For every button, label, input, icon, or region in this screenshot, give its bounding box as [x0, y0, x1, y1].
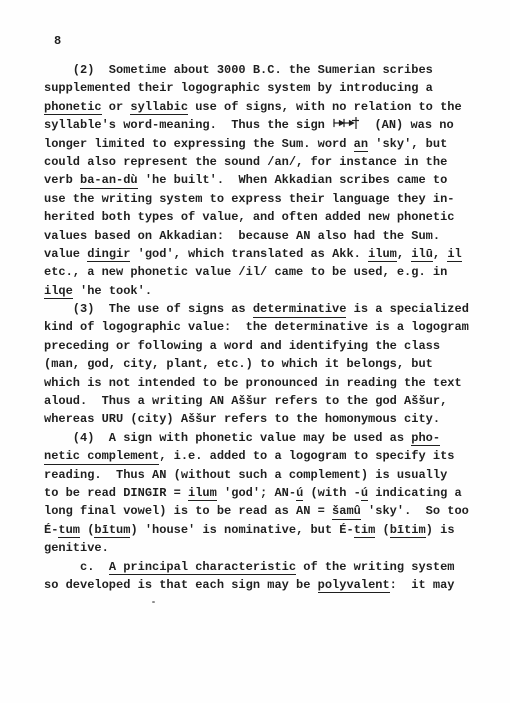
text-line: preceding or following a word and identi…	[44, 337, 484, 355]
text-segment: 'sky'. So too	[361, 504, 469, 518]
text-segment: (AN) was no	[360, 118, 454, 132]
text-line: phonetic or syllabic use of signs, with …	[44, 98, 484, 116]
underlined-term: ba-an-dù	[80, 173, 138, 189]
text-segment: to be read DINGIR =	[44, 486, 188, 500]
text-line: supplemented their logographic system by…	[44, 79, 484, 97]
text-segment: so developed is that each sign may be	[44, 578, 318, 592]
text-line: etc., a new phonetic value /il/ came to …	[44, 263, 484, 281]
text-segment: (man, god, city, plant, etc.) to which i…	[44, 357, 433, 371]
text-segment: preceding or following a word and identi…	[44, 339, 440, 353]
text-segment: supplemented their logographic system by…	[44, 81, 433, 95]
underlined-term: A principal characteristic	[109, 560, 296, 576]
text-line: (3) The use of signs as determinative is…	[44, 300, 484, 318]
text-line: (2) Sometime about 3000 B.C. the Sumeria…	[44, 61, 484, 79]
text-line: so developed is that each sign may be po…	[44, 576, 484, 594]
underlined-term: an	[354, 137, 368, 153]
text-segment: (with -	[303, 486, 361, 500]
text-segment: (	[375, 523, 389, 537]
text-segment: indicating a	[368, 486, 462, 500]
text-line: could also represent the sound /an/, for…	[44, 153, 484, 171]
text-segment: (3) The use of signs as	[44, 302, 253, 316]
text-segment: reading. Thus AN (without such a complem…	[44, 468, 447, 482]
text-segment: (2) Sometime about 3000 B.C. the Sumeria…	[44, 63, 433, 77]
text-line: longer limited to expressing the Sum. wo…	[44, 135, 484, 153]
text-line: genitive.	[44, 539, 484, 557]
text-line: long final vowel) is to be read as AN = …	[44, 502, 484, 520]
text-line: which is not intended to be pronounced i…	[44, 374, 484, 392]
text-segment: : it may	[390, 578, 455, 592]
underlined-term: polyvalent	[318, 578, 390, 594]
text-segment: of the writing system	[296, 560, 454, 574]
text-segment: or	[102, 100, 131, 114]
text-line: É-tum (bītum) 'house' is nominative, but…	[44, 521, 484, 539]
underlined-term: tum	[58, 523, 80, 539]
text-segment: etc., a new phonetic value /il/ came to …	[44, 265, 447, 279]
text-line: syllable's word-meaning. Thus the sign (…	[44, 116, 484, 134]
text-line: values based on Akkadian: because AN als…	[44, 227, 484, 245]
text-line: kind of logographic value: the determina…	[44, 318, 484, 336]
text-line: to be read DINGIR = ilum 'god'; AN-ú (wi…	[44, 484, 484, 502]
text-segment: genitive.	[44, 541, 109, 555]
underlined-term: syllabic	[130, 100, 188, 116]
text-segment: 'god'; AN-	[217, 486, 296, 500]
text-segment: ) is	[426, 523, 455, 537]
text-line: ilqe 'he took'.	[44, 282, 484, 300]
text-segment: values based on Akkadian: because AN als…	[44, 229, 440, 243]
text-line: reading. Thus AN (without such a complem…	[44, 466, 484, 484]
underlined-term: determinative	[253, 302, 347, 318]
text-segment: kind of logographic value: the determina…	[44, 320, 469, 334]
cuneiform-an-sign	[333, 116, 359, 128]
text-segment: which is not intended to be pronounced i…	[44, 376, 462, 390]
text-segment: ,	[433, 247, 447, 261]
underlined-term: ú	[361, 486, 368, 502]
ink-speck-artifact	[152, 601, 155, 603]
text-segment: is a specialized	[346, 302, 468, 316]
text-line: (4) A sign with phonetic value may be us…	[44, 429, 484, 447]
underlined-term: ilqe	[44, 284, 73, 300]
text-segment: verb	[44, 173, 80, 187]
text-segment: (	[80, 523, 94, 537]
text-segment: , i.e. added to a logogram to specify it…	[159, 449, 454, 463]
underlined-term: ilum	[188, 486, 217, 502]
underlined-term: netic complement	[44, 449, 159, 465]
underlined-term: il	[447, 247, 461, 263]
underlined-term: dingir	[87, 247, 130, 263]
underlined-term: bītim	[390, 523, 426, 539]
text-segment: whereas URU (city) Aššur refers to the h…	[44, 412, 440, 426]
text-line: value dingir 'god', which translated as …	[44, 245, 484, 263]
underlined-term: tim	[354, 523, 376, 539]
text-segment: value	[44, 247, 87, 261]
underlined-term: šamû	[332, 504, 361, 520]
text-segment: 'he took'.	[73, 284, 152, 298]
text-segment: use of signs, with no relation to the	[188, 100, 462, 114]
document-text: (2) Sometime about 3000 B.C. the Sumeria…	[44, 61, 484, 594]
underlined-term: ilū	[411, 247, 433, 263]
text-line: verb ba-an-dù 'he built'. When Akkadian …	[44, 171, 484, 189]
page-number: 8	[54, 34, 61, 48]
typewritten-page: 8 (2) Sometime about 3000 B.C. the Sumer…	[0, 0, 510, 703]
underlined-term: ilum	[368, 247, 397, 263]
text-segment: c.	[44, 560, 109, 574]
text-line: (man, god, city, plant, etc.) to which i…	[44, 355, 484, 373]
text-line: whereas URU (city) Aššur refers to the h…	[44, 410, 484, 428]
text-segment: (4) A sign with phonetic value may be us…	[44, 431, 411, 445]
text-segment: 'he built'. When Akkadian scribes came t…	[138, 173, 448, 187]
text-segment: longer limited to expressing the Sum. wo…	[44, 137, 354, 151]
text-segment: syllable's word-meaning. Thus the sign	[44, 118, 332, 132]
underlined-term: pho-	[411, 431, 440, 447]
text-segment: use the writing system to express their …	[44, 192, 454, 206]
text-segment: could also represent the sound /an/, for…	[44, 155, 447, 169]
text-line: aloud. Thus a writing AN Aššur refers to…	[44, 392, 484, 410]
text-line: c. A principal characteristic of the wri…	[44, 558, 484, 576]
text-segment: aloud. Thus a writing AN Aššur refers to…	[44, 394, 447, 408]
text-line: herited both types of value, and often a…	[44, 208, 484, 226]
text-segment: herited both types of value, and often a…	[44, 210, 454, 224]
underlined-term: bītum	[94, 523, 130, 539]
text-line: use the writing system to express their …	[44, 190, 484, 208]
text-segment: ) 'house' is nominative, but É-	[130, 523, 353, 537]
text-line: netic complement, i.e. added to a logogr…	[44, 447, 484, 465]
text-segment: long final vowel) is to be read as AN =	[44, 504, 332, 518]
text-segment: 'god', which translated as Akk.	[130, 247, 368, 261]
underlined-term: phonetic	[44, 100, 102, 116]
text-segment: É-	[44, 523, 58, 537]
text-segment: ,	[397, 247, 411, 261]
text-segment: 'sky', but	[368, 137, 447, 151]
